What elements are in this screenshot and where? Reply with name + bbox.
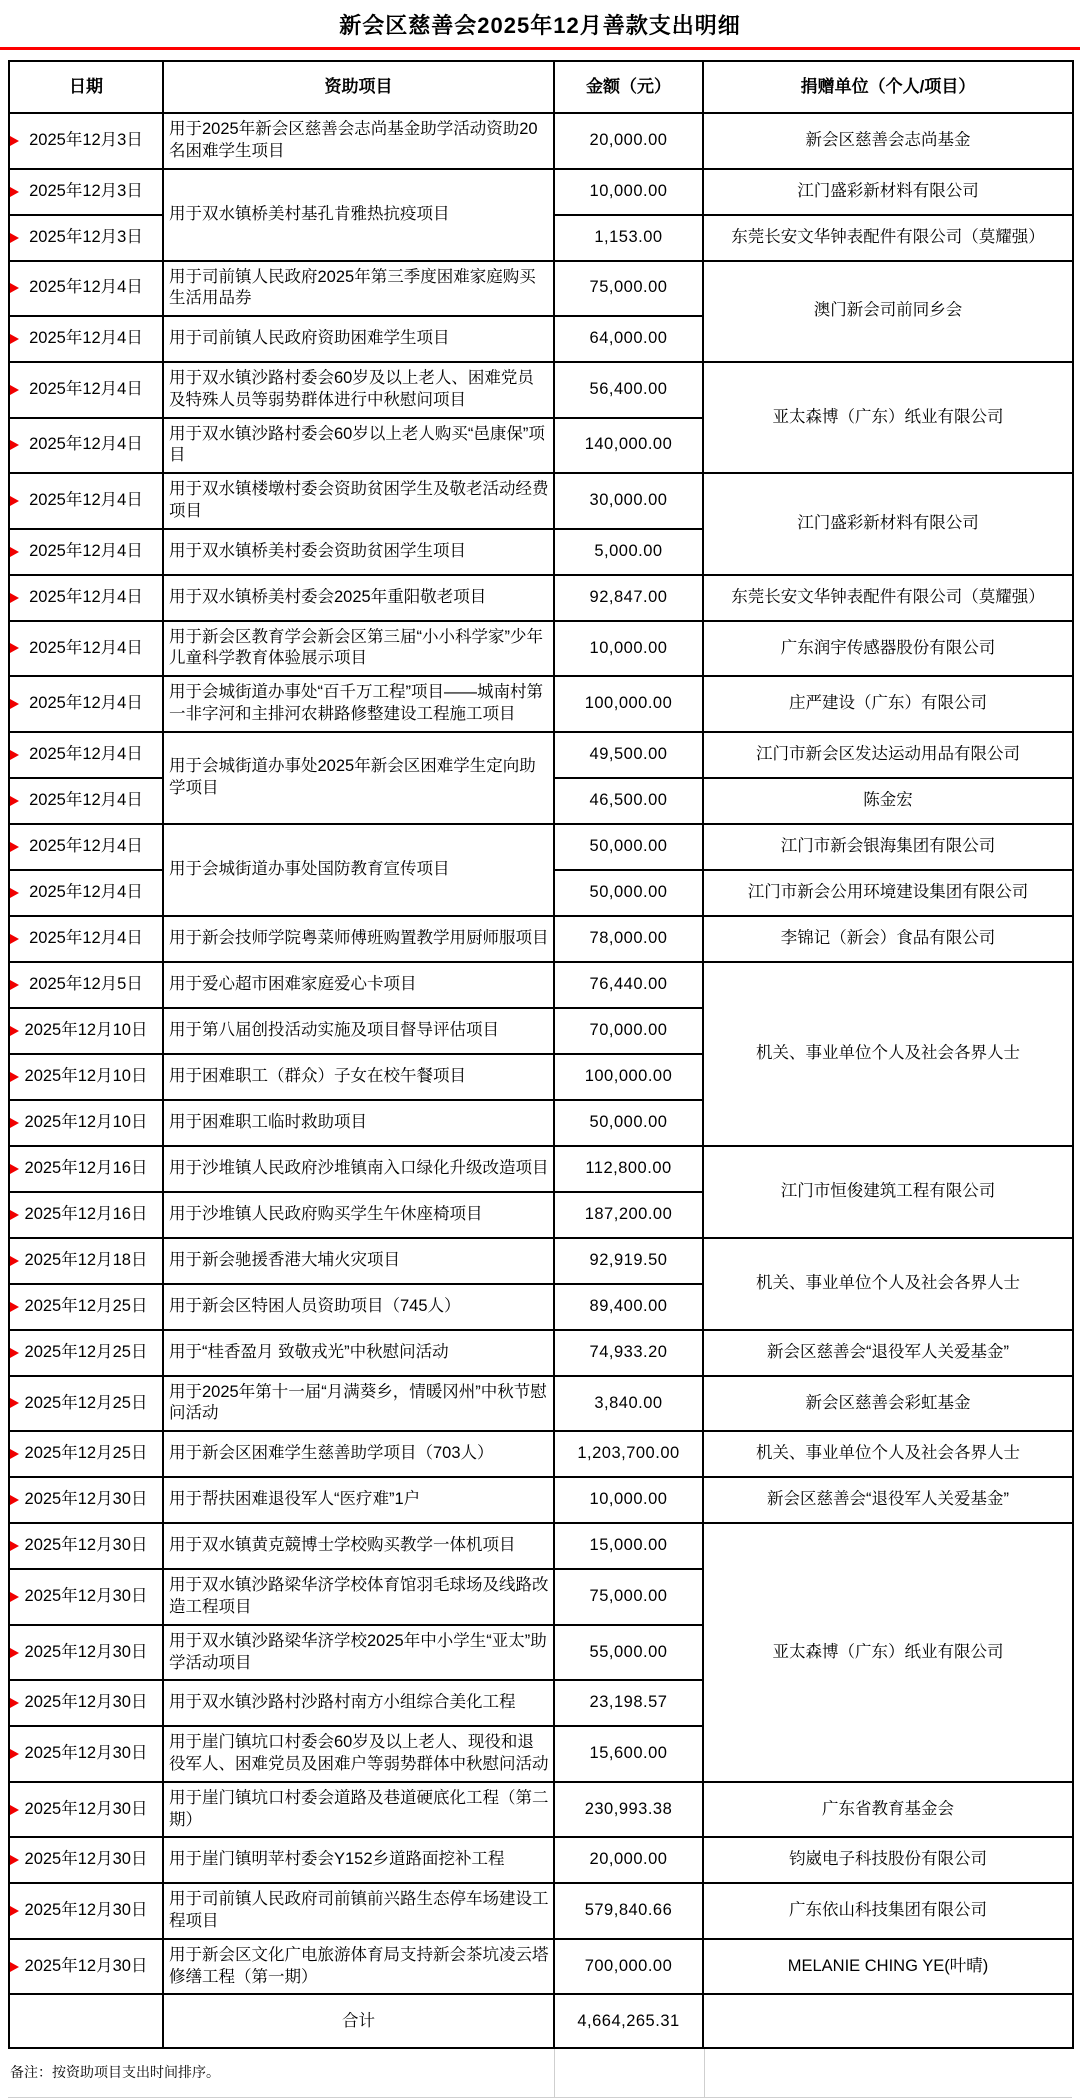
table-row: 2025年12月18日用于新会驰援香港大埔火灾项目92,919.50机关、事业单…	[9, 1238, 1073, 1284]
project-cell: 用于新会区困难学生慈善助学项目（703人）	[163, 1431, 554, 1477]
table-row: 2025年12月25日用于新会区困难学生慈善助学项目（703人）1,203,70…	[9, 1431, 1073, 1477]
amount-cell: 55,000.00	[554, 1625, 703, 1681]
project-cell: 用于困难职工临时救助项目	[163, 1100, 554, 1146]
date-cell: 2025年12月4日	[9, 916, 163, 962]
table-row: 2025年12月30日用于帮扶困难退役军人“医疗难”1户10,000.00新会区…	[9, 1477, 1073, 1523]
project-cell: 用于爱心超市困难家庭爱心卡项目	[163, 962, 554, 1008]
table-row: 2025年12月3日用于2025年新会区慈善会志尚基金助学活动资助20名困难学生…	[9, 113, 1073, 169]
donor-cell: 钧崴电子科技股份有限公司	[703, 1837, 1073, 1883]
date-cell: 2025年12月30日	[9, 1726, 163, 1782]
total-empty-date-cell	[9, 1994, 163, 2048]
table-row: 2025年12月4日用于会城街道办事处2025年新会区困难学生定向助学项目49,…	[9, 732, 1073, 778]
date-cell: 2025年12月4日	[9, 529, 163, 575]
table-header: 日期 资助项目 金额（元） 捐赠单位（个人/项目）	[9, 61, 1073, 113]
table-row: 2025年12月4日用于新会技师学院粤菜师傅班购置教学用厨师服项目78,000.…	[9, 916, 1073, 962]
donor-cell: 广东依山科技集团有限公司	[703, 1883, 1073, 1939]
donor-cell: 李锦记（新会）食品有限公司	[703, 916, 1073, 962]
table-row: 2025年12月4日用于新会区教育学会新会区第三届“小小科学家”少年儿童科学教育…	[9, 621, 1073, 677]
date-cell: 2025年12月18日	[9, 1238, 163, 1284]
total-label-cell: 合计	[163, 1994, 554, 2048]
project-cell: 用于司前镇人民政府司前镇前兴路生态停车场建设工程项目	[163, 1883, 554, 1939]
table-row: 2025年12月30日用于崖门镇明苹村委会Y152乡道路面挖补工程20,000.…	[9, 1837, 1073, 1883]
date-cell: 2025年12月25日	[9, 1330, 163, 1376]
footnote-row: 备注：按资助项目支出时间排序。	[8, 2049, 1072, 2098]
amount-cell: 1,203,700.00	[554, 1431, 703, 1477]
amount-cell: 46,500.00	[554, 778, 703, 824]
date-cell: 2025年12月10日	[9, 1008, 163, 1054]
total-empty-donor-cell	[703, 1994, 1073, 2048]
project-cell: 用于沙堆镇人民政府购买学生午休座椅项目	[163, 1192, 554, 1238]
donor-cell: 广东润宇传感器股份有限公司	[703, 621, 1073, 677]
project-cell: 用于双水镇沙路村委会60岁以上老人购买“邑康保”项目	[163, 418, 554, 474]
date-cell: 2025年12月4日	[9, 824, 163, 870]
donor-cell: 江门市新会银海集团有限公司	[703, 824, 1073, 870]
header-amount: 金额（元）	[554, 61, 703, 113]
table-row: 2025年12月30日用于司前镇人民政府司前镇前兴路生态停车场建设工程项目579…	[9, 1883, 1073, 1939]
amount-cell: 75,000.00	[554, 261, 703, 317]
title-underline	[0, 47, 1080, 50]
date-cell: 2025年12月4日	[9, 473, 163, 529]
project-cell: 用于双水镇桥美村委会资助贫困学生项目	[163, 529, 554, 575]
amount-cell: 49,500.00	[554, 732, 703, 778]
date-cell: 2025年12月4日	[9, 676, 163, 732]
amount-cell: 230,993.38	[554, 1782, 703, 1838]
project-cell: 用于双水镇桥美村委会2025年重阳敬老项目	[163, 575, 554, 621]
donor-cell: MELANIE CHING YE(叶晴)	[703, 1939, 1073, 1995]
donor-cell: 亚太森博（广东）纸业有限公司	[703, 1523, 1073, 1782]
donor-cell: 江门盛彩新材料有限公司	[703, 169, 1073, 215]
date-cell: 2025年12月25日	[9, 1284, 163, 1330]
date-cell: 2025年12月4日	[9, 575, 163, 621]
date-cell: 2025年12月25日	[9, 1376, 163, 1432]
table-row: 2025年12月16日用于沙堆镇人民政府沙堆镇南入口绿化升级改造项目112,80…	[9, 1146, 1073, 1192]
project-cell: 用于新会技师学院粤菜师傅班购置教学用厨师服项目	[163, 916, 554, 962]
amount-cell: 92,919.50	[554, 1238, 703, 1284]
amount-cell: 187,200.00	[554, 1192, 703, 1238]
expenditure-table: 日期 资助项目 金额（元） 捐赠单位（个人/项目） 2025年12月3日用于20…	[8, 60, 1074, 2049]
project-cell: 用于困难职工（群众）子女在校午餐项目	[163, 1054, 554, 1100]
donor-cell: 新会区慈善会“退役军人关爱基金”	[703, 1330, 1073, 1376]
page: 新会区慈善会2025年12月善款支出明细 日期 资助项目 金额（元） 捐赠单位（…	[0, 0, 1080, 2098]
date-cell: 2025年12月30日	[9, 1569, 163, 1625]
project-cell: 用于崖门镇坑口村委会60岁及以上老人、现役和退役军人、困难党员及困难户等弱势群体…	[163, 1726, 554, 1782]
amount-cell: 100,000.00	[554, 676, 703, 732]
table-row: 2025年12月30日用于双水镇黄克競博士学校购买教学一体机项目15,000.0…	[9, 1523, 1073, 1569]
project-cell: 用于沙堆镇人民政府沙堆镇南入口绿化升级改造项目	[163, 1146, 554, 1192]
table-row: 2025年12月4日用于双水镇沙路村委会60岁及以上老人、困难党员及特殊人员等弱…	[9, 362, 1073, 418]
date-cell: 2025年12月30日	[9, 1883, 163, 1939]
project-cell: 用于双水镇黄克競博士学校购买教学一体机项目	[163, 1523, 554, 1569]
amount-cell: 76,440.00	[554, 962, 703, 1008]
donor-cell: 江门市新会公用环境建设集团有限公司	[703, 870, 1073, 916]
date-cell: 2025年12月30日	[9, 1680, 163, 1726]
amount-cell: 10,000.00	[554, 621, 703, 677]
date-cell: 2025年12月4日	[9, 778, 163, 824]
amount-cell: 15,000.00	[554, 1523, 703, 1569]
donor-cell: 澳门新会司前同乡会	[703, 261, 1073, 363]
date-cell: 2025年12月4日	[9, 362, 163, 418]
donor-cell: 机关、事业单位个人及社会各界人士	[703, 1238, 1073, 1330]
header-date: 日期	[9, 61, 163, 113]
project-cell: 用于新会区文化广电旅游体育局支持新会茶坑凌云塔修缮工程（第一期）	[163, 1939, 554, 1995]
table-footer: 合计 4,664,265.31	[9, 1994, 1073, 2048]
date-cell: 2025年12月3日	[9, 113, 163, 169]
amount-cell: 23,198.57	[554, 1680, 703, 1726]
amount-cell: 50,000.00	[554, 870, 703, 916]
amount-cell: 75,000.00	[554, 1569, 703, 1625]
amount-cell: 100,000.00	[554, 1054, 703, 1100]
donor-cell: 新会区慈善会彩虹基金	[703, 1376, 1073, 1432]
date-cell: 2025年12月4日	[9, 261, 163, 317]
amount-cell: 700,000.00	[554, 1939, 703, 1995]
amount-cell: 3,840.00	[554, 1376, 703, 1432]
project-cell: 用于崖门镇明苹村委会Y152乡道路面挖补工程	[163, 1837, 554, 1883]
donor-cell: 机关、事业单位个人及社会各界人士	[703, 1431, 1073, 1477]
date-cell: 2025年12月5日	[9, 962, 163, 1008]
table-row: 2025年12月3日用于双水镇桥美村基孔肯雅热抗疫项目10,000.00江门盛彩…	[9, 169, 1073, 215]
amount-cell: 64,000.00	[554, 316, 703, 362]
project-cell: 用于会城街道办事处2025年新会区困难学生定向助学项目	[163, 732, 554, 824]
date-cell: 2025年12月16日	[9, 1192, 163, 1238]
table-row: 2025年12月4日用于双水镇桥美村委会2025年重阳敬老项目92,847.00…	[9, 575, 1073, 621]
amount-cell: 1,153.00	[554, 215, 703, 261]
project-cell: 用于双水镇沙路梁华济学校体育馆羽毛球场及线路改造工程项目	[163, 1569, 554, 1625]
project-cell: 用于“桂香盈月 致敬戎光”中秋慰问活动	[163, 1330, 554, 1376]
project-cell: 用于2025年新会区慈善会志尚基金助学活动资助20名困难学生项目	[163, 113, 554, 169]
donor-cell: 新会区慈善会志尚基金	[703, 113, 1073, 169]
amount-cell: 10,000.00	[554, 169, 703, 215]
table-row: 2025年12月25日用于2025年第十一届“月满葵乡，情暖冈州”中秋节慰问活动…	[9, 1376, 1073, 1432]
amount-cell: 10,000.00	[554, 1477, 703, 1523]
date-cell: 2025年12月30日	[9, 1523, 163, 1569]
table-row: 2025年12月4日用于双水镇楼墩村委会资助贫困学生及敬老活动经费项目30,00…	[9, 473, 1073, 529]
project-cell: 用于新会区特困人员资助项目（745人）	[163, 1284, 554, 1330]
table-row: 2025年12月4日用于司前镇人民政府2025年第三季度困难家庭购买生活用品券7…	[9, 261, 1073, 317]
donor-cell: 江门市新会区发达运动用品有限公司	[703, 732, 1073, 778]
donor-cell: 江门盛彩新材料有限公司	[703, 473, 1073, 575]
footnote-text: 备注：按资助项目支出时间排序。	[8, 2049, 554, 2097]
project-cell: 用于双水镇沙路村委会60岁及以上老人、困难党员及特殊人员等弱势群体进行中秋慰问项…	[163, 362, 554, 418]
date-cell: 2025年12月4日	[9, 621, 163, 677]
project-cell: 用于司前镇人民政府2025年第三季度困难家庭购买生活用品券	[163, 261, 554, 317]
project-cell: 用于帮扶困难退役军人“医疗难”1户	[163, 1477, 554, 1523]
donor-cell: 陈金宏	[703, 778, 1073, 824]
project-cell: 用于会城街道办事处国防教育宣传项目	[163, 824, 554, 916]
amount-cell: 20,000.00	[554, 1837, 703, 1883]
header-project: 资助项目	[163, 61, 554, 113]
donor-cell: 亚太森博（广东）纸业有限公司	[703, 362, 1073, 473]
project-cell: 用于双水镇沙路村沙路村南方小组综合美化工程	[163, 1680, 554, 1726]
donor-cell: 机关、事业单位个人及社会各界人士	[703, 962, 1073, 1146]
date-cell: 2025年12月30日	[9, 1625, 163, 1681]
date-cell: 2025年12月30日	[9, 1477, 163, 1523]
donor-cell: 新会区慈善会“退役军人关爱基金”	[703, 1477, 1073, 1523]
project-cell: 用于双水镇沙路梁华济学校2025年中小学生“亚太”助学活动项目	[163, 1625, 554, 1681]
table-row: 2025年12月30日用于崖门镇坑口村委会道路及巷道硬底化工程（第二期）230,…	[9, 1782, 1073, 1838]
date-cell: 2025年12月30日	[9, 1782, 163, 1838]
total-row: 合计 4,664,265.31	[9, 1994, 1073, 2048]
table-row: 2025年12月30日用于新会区文化广电旅游体育局支持新会茶坑凌云塔修缮工程（第…	[9, 1939, 1073, 1995]
project-cell: 用于新会区教育学会新会区第三届“小小科学家”少年儿童科学教育体验展示项目	[163, 621, 554, 677]
amount-cell: 74,933.20	[554, 1330, 703, 1376]
footnote-spacer-donor-col	[704, 2049, 1072, 2097]
date-cell: 2025年12月4日	[9, 732, 163, 778]
date-cell: 2025年12月10日	[9, 1100, 163, 1146]
amount-cell: 30,000.00	[554, 473, 703, 529]
donor-cell: 广东省教育基金会	[703, 1782, 1073, 1838]
date-cell: 2025年12月4日	[9, 316, 163, 362]
date-cell: 2025年12月10日	[9, 1054, 163, 1100]
amount-cell: 579,840.66	[554, 1883, 703, 1939]
donor-cell: 东莞长安文华钟表配件有限公司（莫耀强）	[703, 575, 1073, 621]
project-cell: 用于会城街道办事处“百千万工程”项目——城南村第一非字河和主排河农耕路修整建设工…	[163, 676, 554, 732]
table-row: 2025年12月5日用于爱心超市困难家庭爱心卡项目76,440.00机关、事业单…	[9, 962, 1073, 1008]
date-cell: 2025年12月30日	[9, 1939, 163, 1995]
table-row: 2025年12月4日用于会城街道办事处“百千万工程”项目——城南村第一非字河和主…	[9, 676, 1073, 732]
date-cell: 2025年12月30日	[9, 1837, 163, 1883]
project-cell: 用于双水镇楼墩村委会资助贫困学生及敬老活动经费项目	[163, 473, 554, 529]
table-body: 2025年12月3日用于2025年新会区慈善会志尚基金助学活动资助20名困难学生…	[9, 113, 1073, 1994]
amount-cell: 112,800.00	[554, 1146, 703, 1192]
table-row: 2025年12月25日用于“桂香盈月 致敬戎光”中秋慰问活动74,933.20新…	[9, 1330, 1073, 1376]
project-cell: 用于第八届创投活动实施及项目督导评估项目	[163, 1008, 554, 1054]
project-cell: 用于新会驰援香港大埔火灾项目	[163, 1238, 554, 1284]
donor-cell: 江门市恒俊建筑工程有限公司	[703, 1146, 1073, 1238]
project-cell: 用于双水镇桥美村基孔肯雅热抗疫项目	[163, 169, 554, 261]
amount-cell: 140,000.00	[554, 418, 703, 474]
amount-cell: 50,000.00	[554, 824, 703, 870]
donor-cell: 东莞长安文华钟表配件有限公司（莫耀强）	[703, 215, 1073, 261]
amount-cell: 50,000.00	[554, 1100, 703, 1146]
date-cell: 2025年12月4日	[9, 418, 163, 474]
project-cell: 用于崖门镇坑口村委会道路及巷道硬底化工程（第二期）	[163, 1782, 554, 1838]
date-cell: 2025年12月16日	[9, 1146, 163, 1192]
total-amount-cell: 4,664,265.31	[554, 1994, 703, 2048]
header-donor: 捐赠单位（个人/项目）	[703, 61, 1073, 113]
date-cell: 2025年12月3日	[9, 169, 163, 215]
amount-cell: 20,000.00	[554, 113, 703, 169]
footnote-spacer-amount-col	[554, 2049, 704, 2097]
amount-cell: 70,000.00	[554, 1008, 703, 1054]
amount-cell: 5,000.00	[554, 529, 703, 575]
donor-cell: 庄严建设（广东）有限公司	[703, 676, 1073, 732]
table-row: 2025年12月4日用于会城街道办事处国防教育宣传项目50,000.00江门市新…	[9, 824, 1073, 870]
project-cell: 用于2025年第十一届“月满葵乡，情暖冈州”中秋节慰问活动	[163, 1376, 554, 1432]
date-cell: 2025年12月4日	[9, 870, 163, 916]
amount-cell: 92,847.00	[554, 575, 703, 621]
amount-cell: 78,000.00	[554, 916, 703, 962]
project-cell: 用于司前镇人民政府资助困难学生项目	[163, 316, 554, 362]
page-title: 新会区慈善会2025年12月善款支出明细	[0, 0, 1080, 47]
amount-cell: 15,600.00	[554, 1726, 703, 1782]
header-row: 日期 资助项目 金额（元） 捐赠单位（个人/项目）	[9, 61, 1073, 113]
amount-cell: 89,400.00	[554, 1284, 703, 1330]
amount-cell: 56,400.00	[554, 362, 703, 418]
date-cell: 2025年12月25日	[9, 1431, 163, 1477]
date-cell: 2025年12月3日	[9, 215, 163, 261]
